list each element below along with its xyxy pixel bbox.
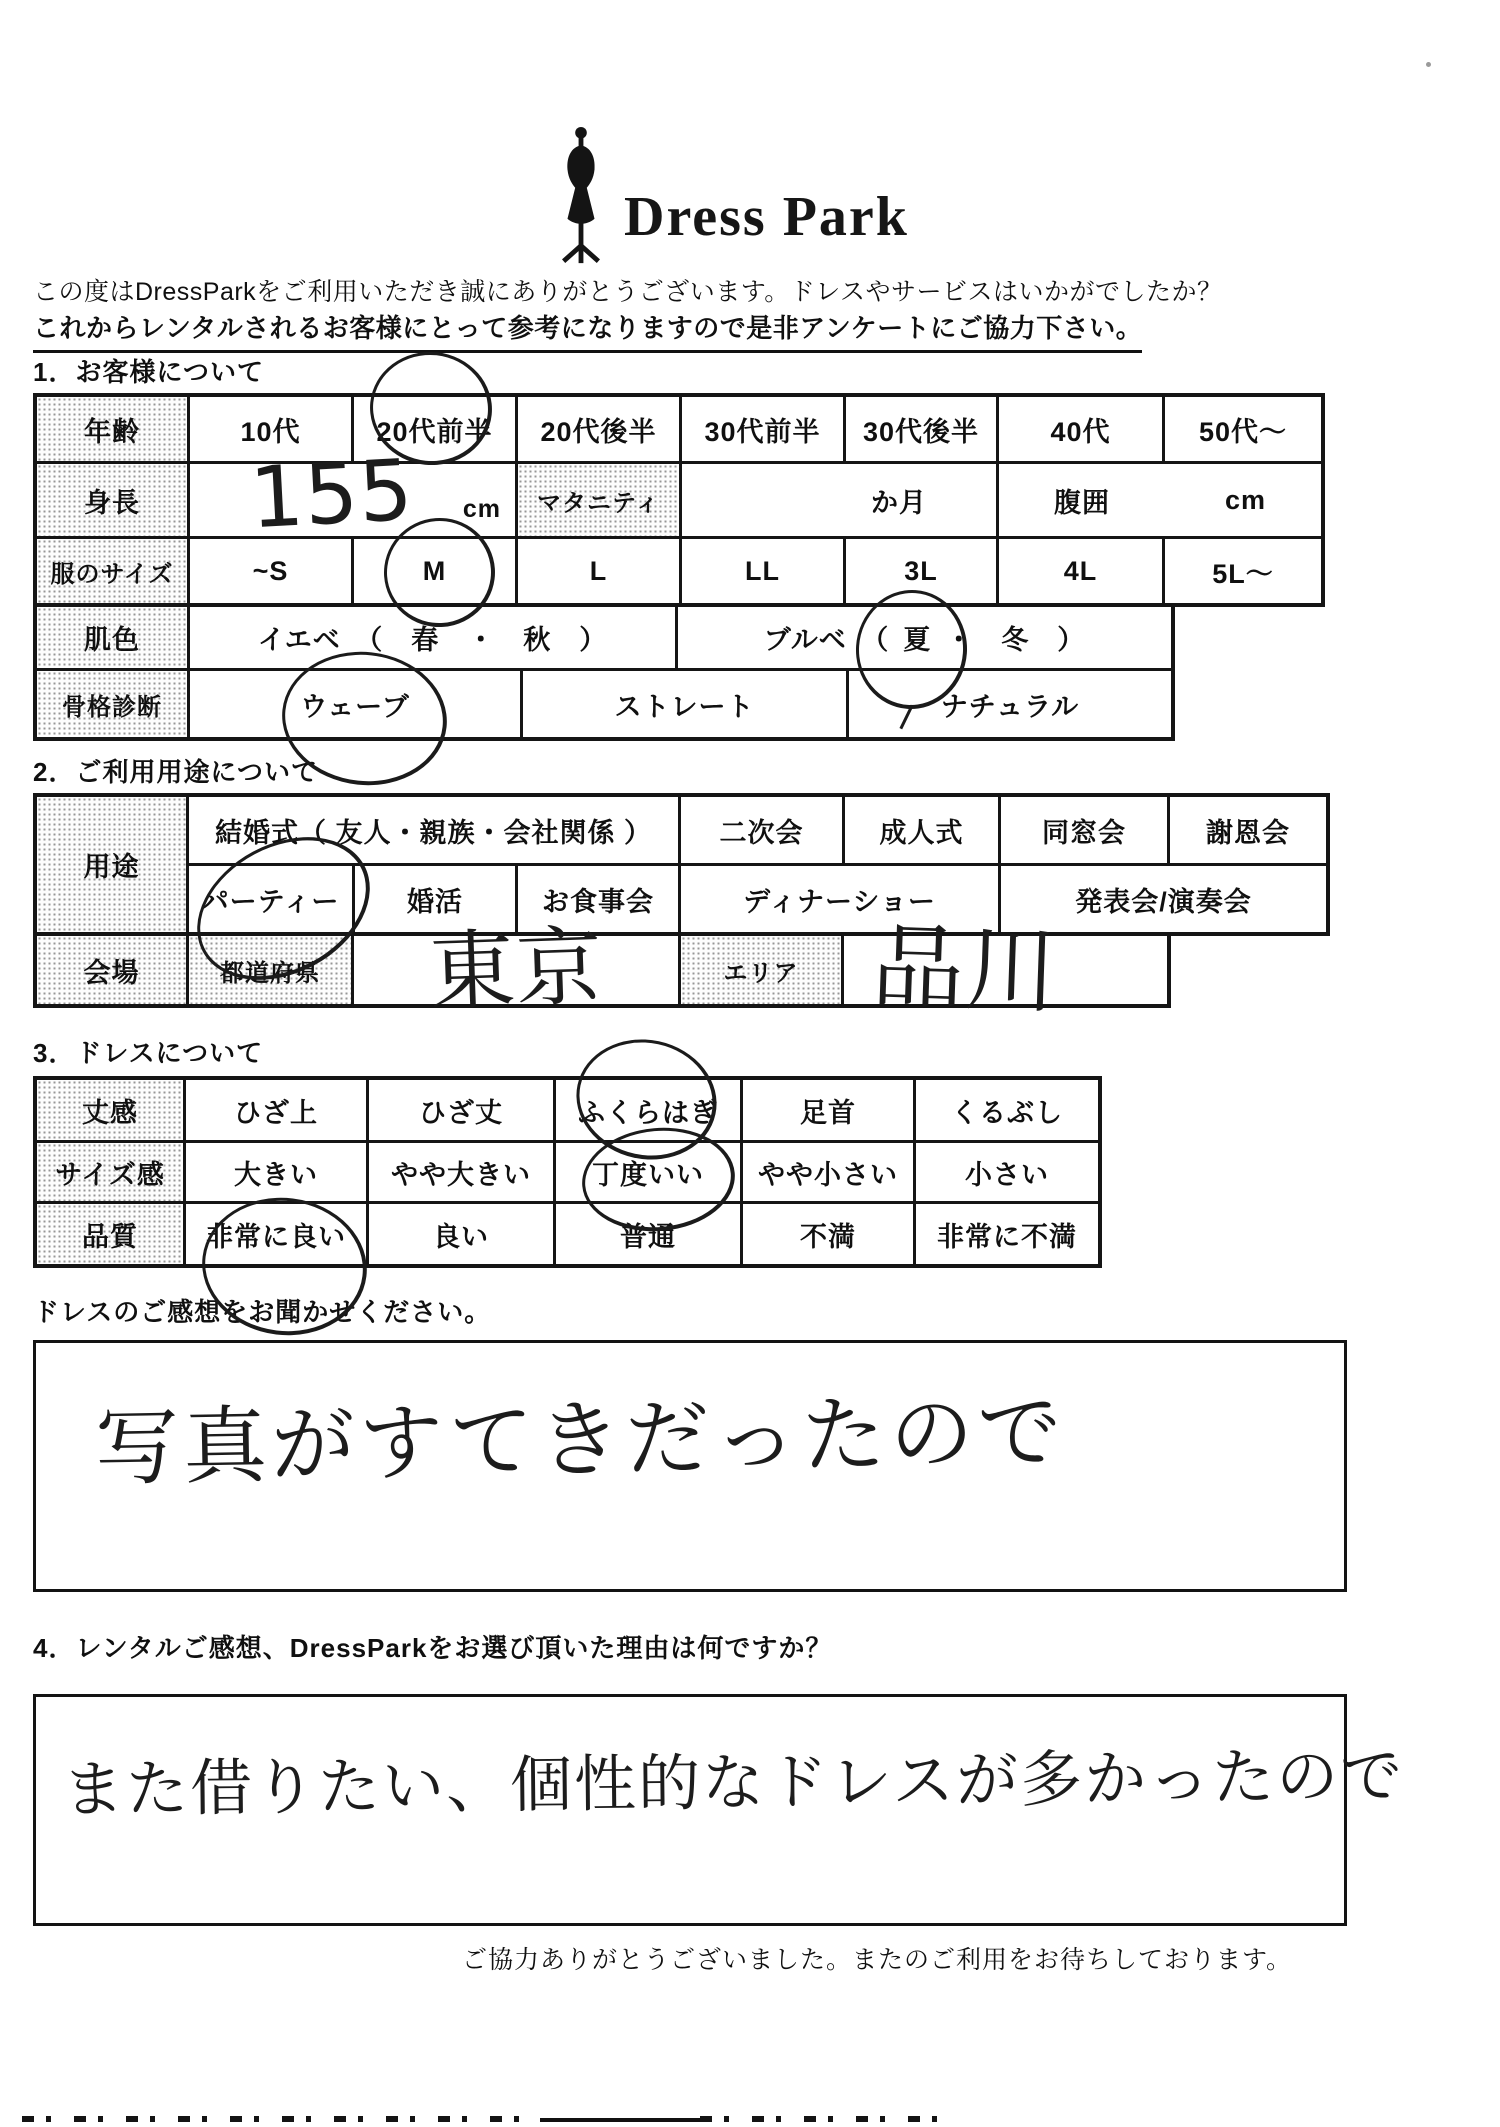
dress-form-icon xyxy=(552,126,610,271)
clothing-size-label: 服のサイズ xyxy=(37,539,187,603)
height-unit: cm xyxy=(463,495,501,524)
maternity-label: マタニティ xyxy=(518,464,679,536)
option-fit-small: 小さい xyxy=(916,1143,1098,1201)
option-age-30-late: 30代後半 xyxy=(846,397,996,461)
option-size-5l: 5L～ xyxy=(1165,539,1321,603)
skin-tone-label: 肌色 xyxy=(37,607,187,668)
option-quality-unsatisfied: 不満 xyxy=(743,1204,913,1264)
waist-cell: 腹囲 cm xyxy=(999,464,1321,536)
intro-line-2: これからレンタルされるお客様にとって参考になりますので是非アンケートにご協力下さ… xyxy=(33,308,1142,353)
scan-artifact-dashes-right xyxy=(700,2116,945,2122)
length-label: 丈感 xyxy=(37,1080,183,1140)
option-frame-straight: ストレート xyxy=(523,671,846,737)
section3-heading: 3．ドレスについて xyxy=(33,1033,263,1070)
prefecture-handwritten-value: 東京 xyxy=(354,936,678,1004)
option-size-s: ~S xyxy=(190,539,351,603)
option-age-50s: 50代～ xyxy=(1165,397,1321,461)
scan-artifact-dashes-left xyxy=(22,2116,542,2122)
scan-artifact-line xyxy=(540,2118,700,2122)
section2-heading: 2．ご利用用途について xyxy=(33,752,318,789)
venue-label: 会場 xyxy=(37,936,186,1004)
area-label: エリア xyxy=(681,936,841,1004)
option-size-4l: 4L xyxy=(999,539,1162,603)
waist-label: 腹囲 xyxy=(1054,481,1110,520)
age-label: 年齢 xyxy=(37,397,187,461)
option-size-l: L xyxy=(518,539,679,603)
option-length-above-knee: ひざ上 xyxy=(186,1080,366,1140)
frame-diagnosis-label: 骨格診断 xyxy=(37,671,187,737)
height-handwritten-value: 155 xyxy=(248,448,416,540)
waist-unit: cm xyxy=(1225,485,1266,516)
option-age-20-late: 20代後半 xyxy=(518,397,679,461)
customer-table-bottom: 肌色 イエベ （ 春 ・ 秋 ） ブルベ （ 夏 ・ 冬 ） 骨格診断 ウェーブ… xyxy=(33,603,1175,741)
purpose-label: 用途 xyxy=(37,797,186,932)
scan-artifact-dot xyxy=(1426,62,1431,67)
option-purpose-reunion: 同窓会 xyxy=(1001,797,1167,863)
brand-name: Dress Park xyxy=(624,189,909,271)
option-fit-slightly-big: やや大きい xyxy=(369,1143,553,1201)
survey-form-page: Dress Park この度はDressParkをご利用いただき誠にありがとうご… xyxy=(0,0,1500,2127)
option-length-knee: ひざ丈 xyxy=(369,1080,553,1140)
option-age-40s: 40代 xyxy=(999,397,1162,461)
comment-handwritten-answer: 写真がすてきだったので xyxy=(94,1390,1066,1491)
footer-thanks: ご協力ありがとうございました。またのご利用をお待ちしております。 xyxy=(462,1940,1292,1976)
months-label: か月 xyxy=(871,481,927,520)
option-fit-slightly-small: やや小さい xyxy=(743,1143,913,1201)
customer-table-top: 年齢 10代 20代前半 20代後半 30代前半 30代後半 40代 50代～ … xyxy=(33,393,1325,607)
option-age-30-early: 30代前半 xyxy=(682,397,843,461)
reason-handwritten-answer: また借りたい、個性的なドレスが多かったので xyxy=(62,1745,1405,1821)
reason-heading: 4．レンタルご感想、DressParkをお選び頂いた理由は何ですか？ xyxy=(33,1628,832,1665)
area-handwritten-value: 品川 xyxy=(844,936,1167,1004)
option-quality-very-unsatisfied: 非常に不満 xyxy=(916,1204,1098,1264)
option-purpose-thanks-party: 謝恩会 xyxy=(1170,797,1326,863)
section1-heading: 1．お客様について xyxy=(33,352,264,389)
option-purpose-afterparty: 二次会 xyxy=(681,797,842,863)
height-label: 身長 xyxy=(37,464,187,536)
quality-label: 品質 xyxy=(37,1204,183,1264)
intro-line-1: この度はDressParkをご利用いただき誠にありがとうございます。ドレスやサー… xyxy=(33,272,1222,308)
dress-table: 丈感 ひざ上 ひざ丈 ふくらはぎ 足首 くるぶし サイズ感 大きい やや大きい … xyxy=(33,1076,1102,1268)
fit-label: サイズ感 xyxy=(37,1143,183,1201)
option-quality-good: 良い xyxy=(369,1204,553,1264)
option-size-ll: LL xyxy=(682,539,843,603)
maternity-months-cell: か月 xyxy=(682,464,996,536)
option-purpose-coming-of-age: 成人式 xyxy=(845,797,998,863)
brand-logo: Dress Park xyxy=(552,126,909,271)
option-length-anklebone: くるぶし xyxy=(916,1080,1098,1140)
option-length-ankle: 足首 xyxy=(743,1080,913,1140)
option-fit-big: 大きい xyxy=(186,1143,366,1201)
